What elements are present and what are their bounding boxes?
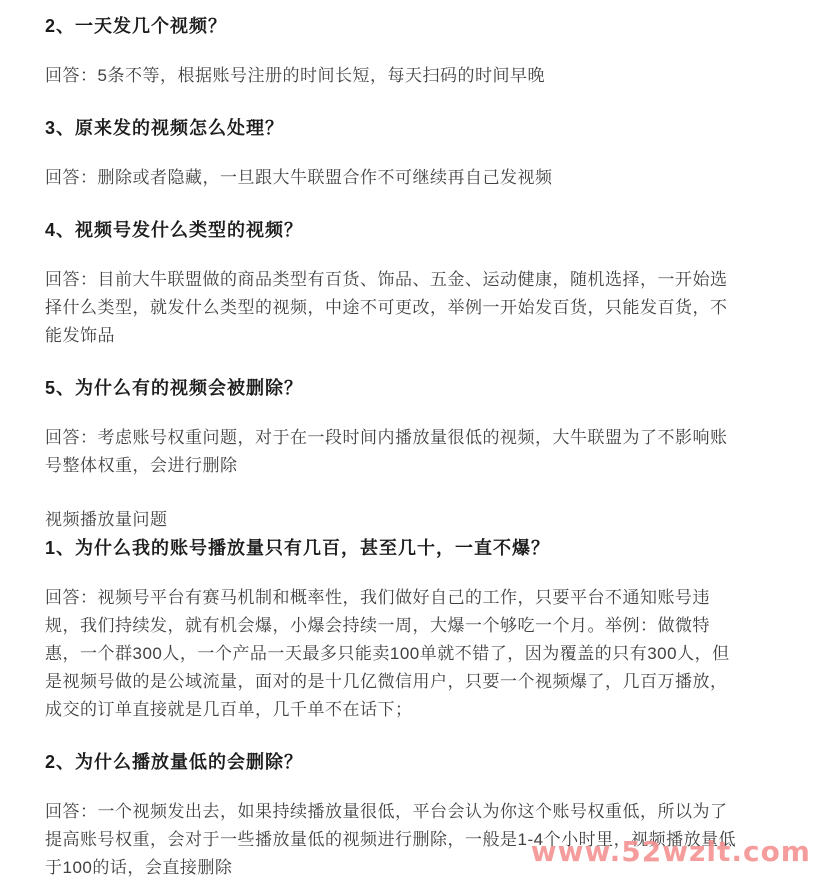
section-label: 视频播放量问题 xyxy=(45,506,743,534)
question-heading: 4、视频号发什么类型的视频？ xyxy=(45,218,743,242)
watermark-text: www.52wzlt.com xyxy=(531,835,811,868)
question-heading: 2、为什么播放量低的会删除？ xyxy=(45,750,743,774)
question-heading: 2、一天发几个视频？ xyxy=(45,14,743,38)
answer-paragraph: 回答：视频号平台有赛马机制和概率性，我们做好自己的工作，只要平台不通知账号违规，… xyxy=(45,584,743,724)
answer-paragraph: 回答：5条不等，根据账号注册的时间长短，每天扫码的时间早晚 xyxy=(45,62,743,90)
question-heading: 5、为什么有的视频会被删除？ xyxy=(45,376,743,400)
question-heading: 3、原来发的视频怎么处理？ xyxy=(45,116,743,140)
answer-paragraph: 回答：删除或者隐藏，一旦跟大牛联盟合作不可继续再自己发视频 xyxy=(45,164,743,192)
answer-paragraph: 回答：考虑账号权重问题，对于在一段时间内播放量很低的视频，大牛联盟为了不影响账号… xyxy=(45,424,743,480)
question-heading: 1、为什么我的账号播放量只有几百，甚至几十，一直不爆？ xyxy=(45,536,743,560)
faq-sections: 2、一天发几个视频？回答：5条不等，根据账号注册的时间长短，每天扫码的时间早晚3… xyxy=(0,0,819,878)
answer-paragraph: 回答：目前大牛联盟做的商品类型有百货、饰品、五金、运动健康，随机选择，一开始选择… xyxy=(45,266,743,350)
faq-document: 2、一天发几个视频？回答：5条不等，根据账号注册的时间长短，每天扫码的时间早晚3… xyxy=(0,0,819,878)
